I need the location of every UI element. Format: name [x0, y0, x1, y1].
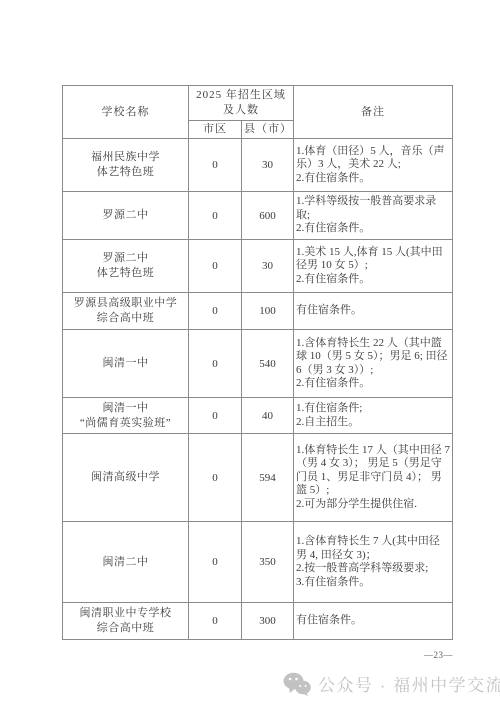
county-count-cell: 600	[242, 192, 294, 240]
table-row: 闽清职业中专学校综合高中班0300有住宿条件。	[63, 603, 453, 640]
school-name-cell: 罗源二中	[63, 192, 189, 240]
school-name-cell: 闽清二中	[63, 522, 189, 603]
school-table-body: 福州民族中学体艺特色班0301.体育（田径）5 人，音乐（声乐）3 人，美术 2…	[63, 139, 453, 640]
county-count-cell: 40	[242, 398, 294, 434]
table-row: 闽清一中05401.含体育特长生 22 人（其中篮球 10（男 5 女 5）；男…	[63, 330, 453, 398]
urban-count-cell: 0	[189, 139, 242, 192]
urban-count-cell: 0	[189, 603, 242, 640]
urban-count-cell: 0	[189, 434, 242, 522]
col-header-remark: 备注	[294, 86, 453, 139]
col-header-region: 2025 年招生区域 及人数	[189, 86, 294, 121]
school-name-cell: 闽清职业中专学校综合高中班	[63, 603, 189, 640]
remark-cell: 1.体育特长生 17 人（其中田径 7（男 4 女 3）； 男足 5（男足守门员…	[294, 434, 453, 522]
remark-cell: 有住宿条件。	[294, 603, 453, 640]
page-number: —23—	[424, 650, 453, 660]
wechat-footer-text: 公众号 · 福州中学交流平台	[318, 671, 500, 696]
remark-cell: 1.含体育特长生 22 人（其中篮球 10（男 5 女 5）；男足 6; 田径 …	[294, 330, 453, 398]
table-row: 闽清一中“尚儒育英实验班”0401.有住宿条件;2.自主招生。	[63, 398, 453, 434]
urban-count-cell: 0	[189, 293, 242, 330]
county-count-cell: 350	[242, 522, 294, 603]
table-row: 罗源二中06001.学科等级按一般普高要求录取;2.有住宿条件。	[63, 192, 453, 240]
col-header-urban: 市区	[189, 121, 242, 139]
urban-count-cell: 0	[189, 240, 242, 293]
table-row: 罗源二中体艺特色班0301.美术 15 人,体育 15 人(其中田径男 10 女…	[63, 240, 453, 293]
county-count-cell: 540	[242, 330, 294, 398]
remark-cell: 有住宿条件。	[294, 293, 453, 330]
county-count-cell: 30	[242, 139, 294, 192]
remark-cell: 1.美术 15 人,体育 15 人(其中田径男 10 女 5）;2.有住宿条件。	[294, 240, 453, 293]
urban-count-cell: 0	[189, 398, 242, 434]
school-name-cell: 福州民族中学体艺特色班	[63, 139, 189, 192]
table-row: 福州民族中学体艺特色班0301.体育（田径）5 人，音乐（声乐）3 人，美术 2…	[63, 139, 453, 192]
school-name-cell: 闽清一中“尚儒育英实验班”	[63, 398, 189, 434]
county-count-cell: 100	[242, 293, 294, 330]
remark-cell: 1.体育（田径）5 人，音乐（声乐）3 人，美术 22 人;2.有住宿条件。	[294, 139, 453, 192]
col-header-region-line2: 及人数	[191, 103, 291, 118]
table-row: 闽清高级中学05941.体育特长生 17 人（其中田径 7（男 4 女 3）； …	[63, 434, 453, 522]
urban-count-cell: 0	[189, 330, 242, 398]
county-count-cell: 594	[242, 434, 294, 522]
school-name-cell: 闽清高级中学	[63, 434, 189, 522]
remark-cell: 1.有住宿条件;2.自主招生。	[294, 398, 453, 434]
school-name-cell: 罗源二中体艺特色班	[63, 240, 189, 293]
document-page: 学校名称 2025 年招生区域 及人数 备注 市区 县（市） 福州民族中学体艺特…	[0, 0, 500, 707]
remark-cell: 1.含体育特长生 7 人(其中田径男 4, 田径女 3)；2.按一般普高学科等级…	[294, 522, 453, 603]
enrollment-table: 学校名称 2025 年招生区域 及人数 备注 市区 县（市） 福州民族中学体艺特…	[62, 85, 453, 640]
remark-cell: 1.学科等级按一般普高要求录取;2.有住宿条件。	[294, 192, 453, 240]
urban-count-cell: 0	[189, 522, 242, 603]
school-name-cell: 罗源县高级职业中学综合高中班	[63, 293, 189, 330]
county-count-cell: 30	[242, 240, 294, 293]
wechat-icon	[283, 672, 311, 696]
table-row: 罗源县高级职业中学综合高中班0100有住宿条件。	[63, 293, 453, 330]
wechat-footer: 公众号 · 福州中学交流平台	[283, 671, 500, 696]
col-header-school: 学校名称	[63, 86, 189, 139]
col-header-region-line1: 2025 年招生区域	[191, 88, 291, 103]
col-header-county: 县（市）	[242, 121, 294, 139]
county-count-cell: 300	[242, 603, 294, 640]
header-row-1: 学校名称 2025 年招生区域 及人数 备注	[63, 86, 453, 121]
urban-count-cell: 0	[189, 192, 242, 240]
table-row: 闽清二中03501.含体育特长生 7 人(其中田径男 4, 田径女 3)；2.按…	[63, 522, 453, 603]
school-name-cell: 闽清一中	[63, 330, 189, 398]
